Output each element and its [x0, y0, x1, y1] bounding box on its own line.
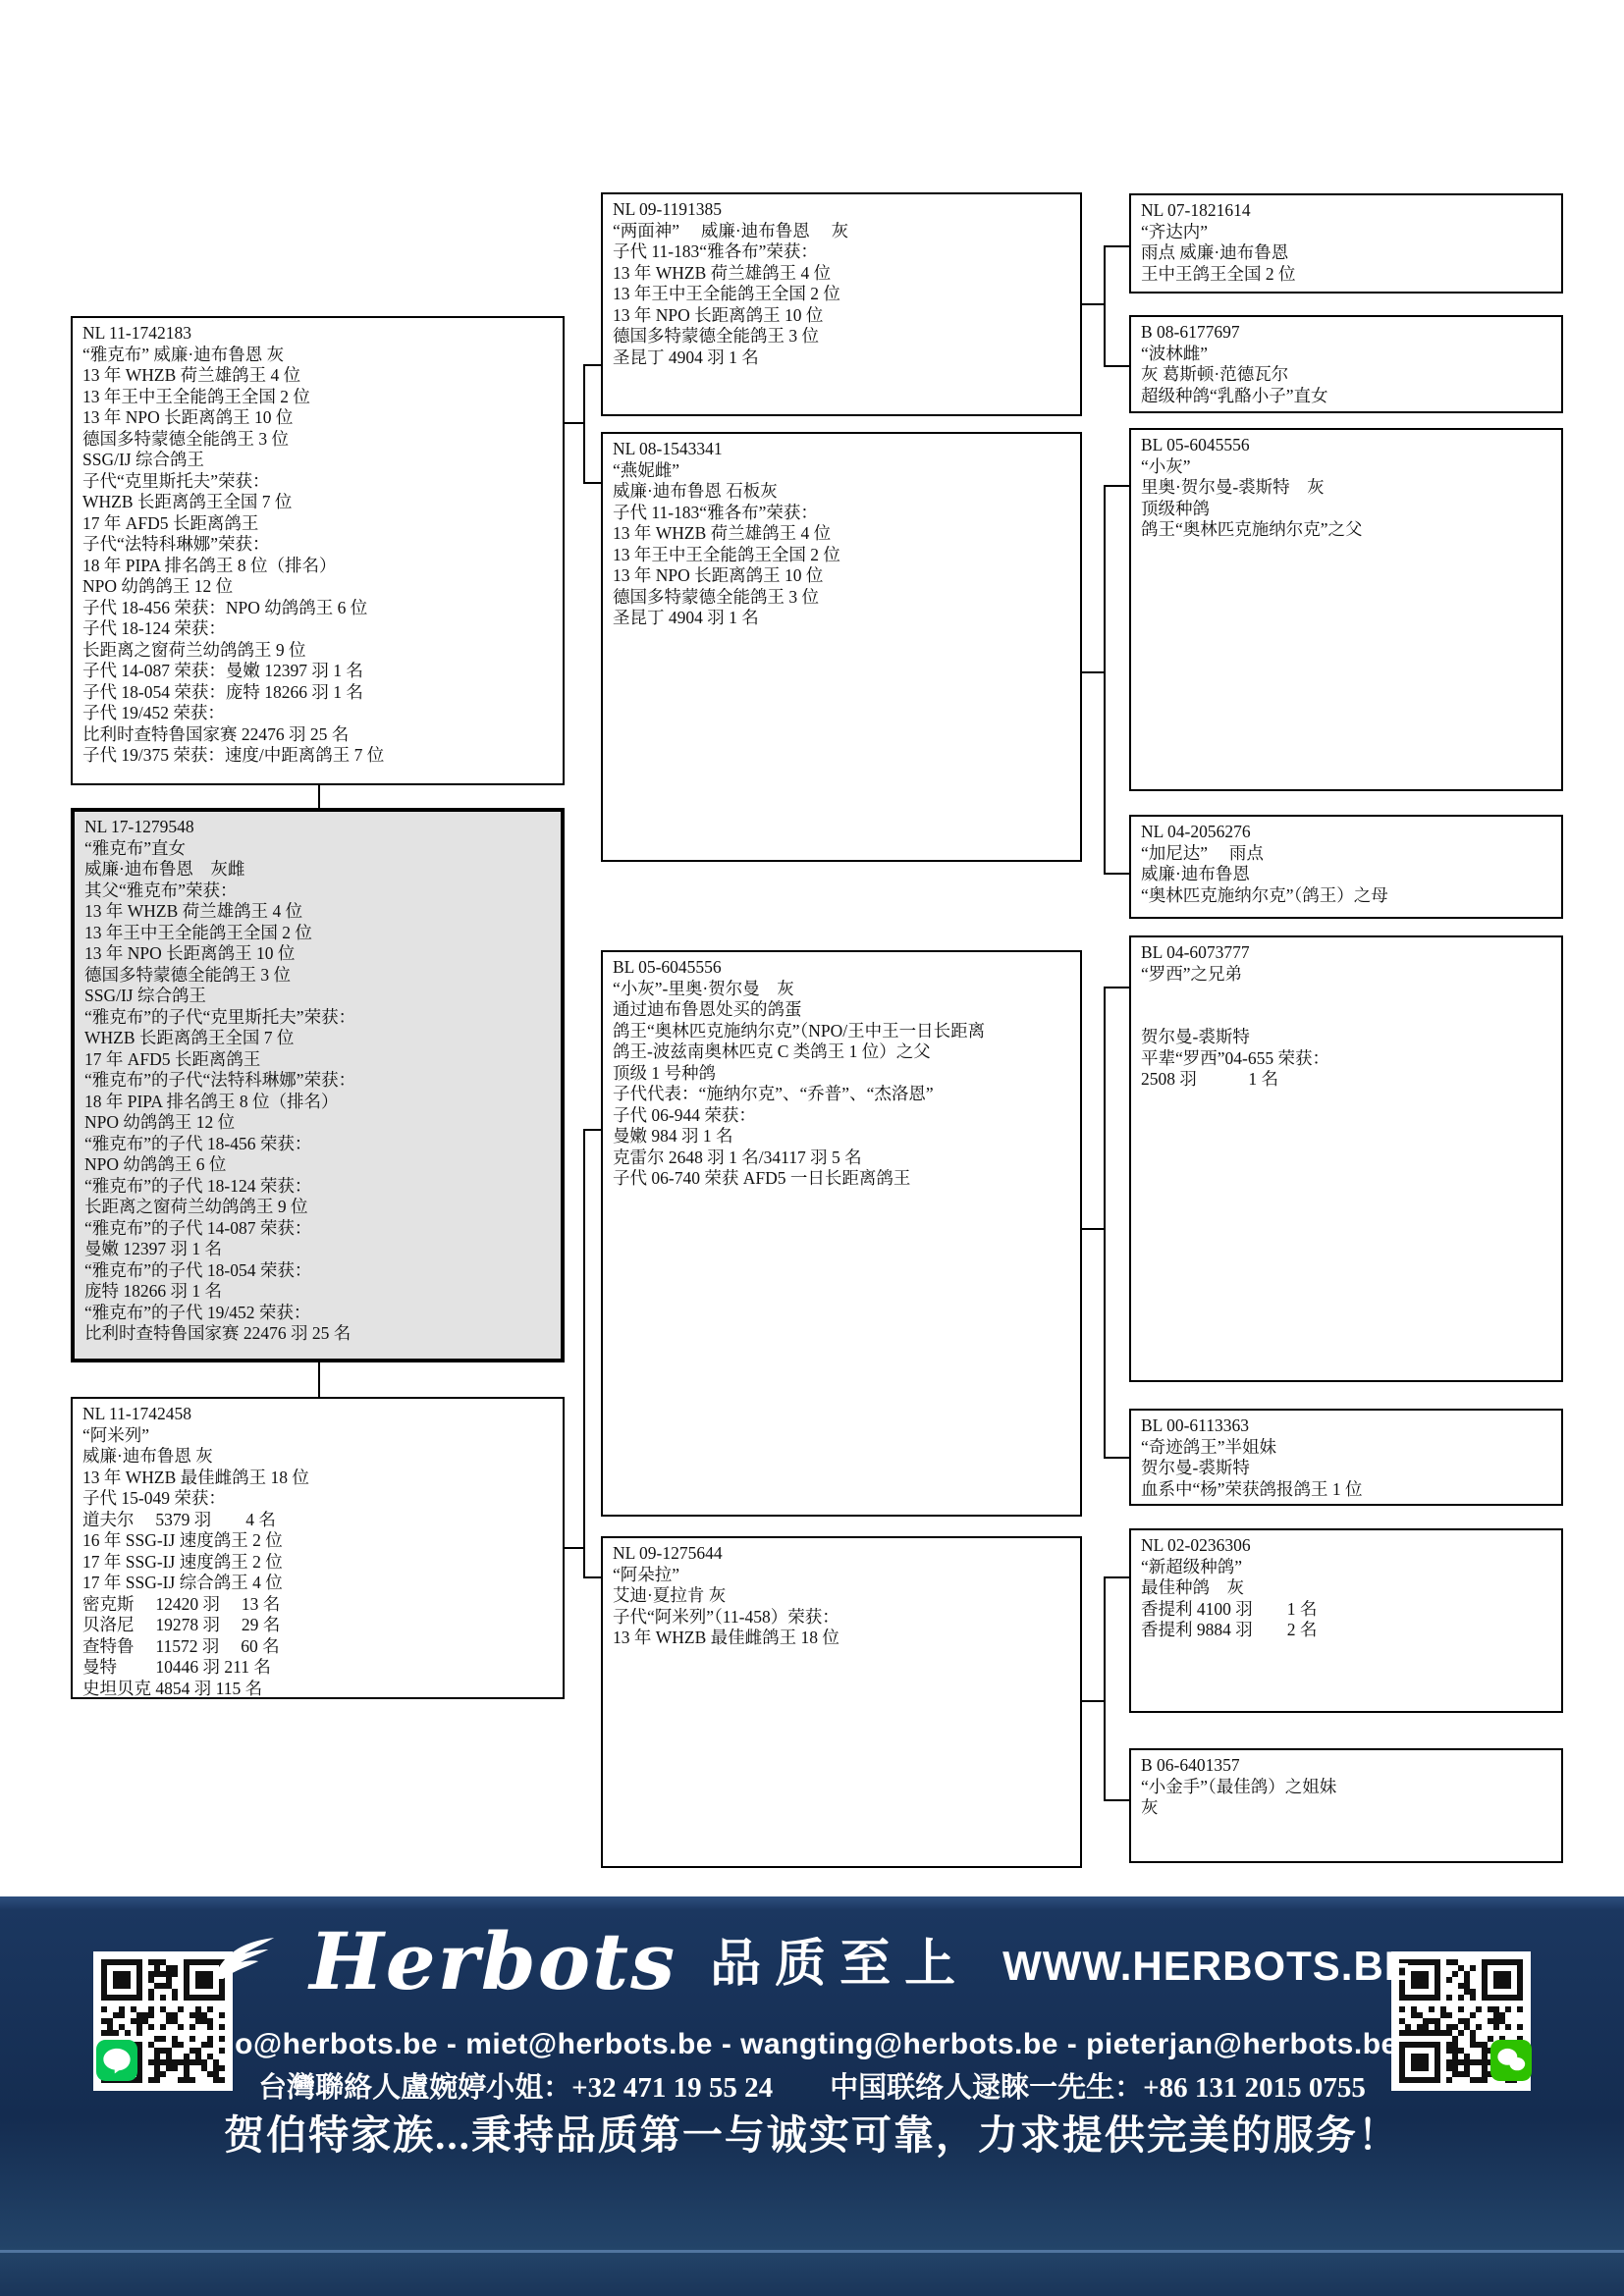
- pedigree-connector: [583, 364, 601, 366]
- pedigree-line: 密克斯 12420 羽 13 名: [82, 1594, 553, 1616]
- pedigree-line: 13 年 NPO 长距离鸽王 10 位: [613, 305, 1070, 327]
- pedigree-line: 子代 19/375 荣获：速度/中距离鸽王 7 位: [82, 745, 553, 767]
- pedigree-line: 克雷尔 2648 羽 1 名/34117 羽 5 名: [613, 1148, 1070, 1169]
- pedigree-line: BL 05-6045556: [613, 957, 1070, 979]
- brand-tagline: 品质至上: [710, 1933, 969, 1990]
- pedigree-box-dam-sire-dam: BL 00-6113363“奇迹鸽王”半姐妹贺尔曼-裘斯特血系中“杨”荣获鸽报鸽…: [1129, 1409, 1563, 1506]
- pedigree-line: 道夫尔 5379 羽 4 名: [82, 1510, 553, 1531]
- pedigree-line: “小灰”-里奥·贺尔曼 灰: [613, 979, 1070, 1000]
- pedigree-line: 子代 06-944 荣获：: [613, 1105, 1070, 1127]
- pedigree-connector: [318, 785, 320, 810]
- brand-row: Herbots 品质至上 WWW.HERBOTS.BE: [211, 1922, 1413, 2001]
- pedigree-line: 18 年 PIPA 排名鸽王 8 位（排名）: [82, 556, 553, 577]
- pedigree-line: 香提利 4100 羽 1 名: [1141, 1599, 1551, 1621]
- pedigree-connector: [1104, 987, 1106, 1459]
- pedigree-line: NPO 幼鸽鸽王 6 位: [84, 1154, 551, 1176]
- wing-icon: [211, 1934, 276, 1990]
- pedigree-line: 13 年 WHZB 荷兰雄鸽王 4 位: [613, 263, 1070, 285]
- pedigree-box-sire-dam-sire: BL 05-6045556“小灰”里奥·贺尔曼-裘斯特 灰顶级种鸽鸽王“奥林匹克…: [1129, 428, 1563, 791]
- pedigree-connector: [565, 1547, 585, 1549]
- pedigree-line: “小金手”（最佳鸽）之姐妹: [1141, 1777, 1551, 1798]
- pedigree-line: NL 08-1543341: [613, 439, 1070, 460]
- pedigree-line: 长距离之窗荷兰幼鸽鸽王 9 位: [84, 1197, 551, 1218]
- page: NL 11-1742183“雅克布” 威廉·迪布鲁恩 灰13 年 WHZB 荷兰…: [0, 0, 1624, 2296]
- pedigree-connector: [583, 1129, 585, 1578]
- pedigree-line: “雅克布” 威廉·迪布鲁恩 灰: [82, 345, 553, 366]
- pedigree-line: “罗西”之兄弟: [1141, 964, 1551, 986]
- pedigree-line: [1141, 985, 1551, 1006]
- pedigree-connector: [1104, 245, 1106, 367]
- pedigree-connector: [1082, 303, 1106, 305]
- pedigree-line: “两面神” 威廉·迪布鲁恩 灰: [613, 221, 1070, 242]
- pedigree-line: “雅克布”的子代“克里斯托夫”荣获：: [84, 1007, 551, 1029]
- pedigree-line: 灰: [1141, 1797, 1551, 1819]
- pedigree-line: “波林雌”: [1141, 344, 1551, 365]
- pedigree-line: 子代 15-049 荣获：: [82, 1488, 553, 1510]
- pedigree-connector: [1082, 671, 1106, 673]
- pedigree-line: “雅克布”的子代 14-087 荣获：: [84, 1218, 551, 1240]
- pedigree-line: 子代 14-087 荣获：曼嫩 12397 羽 1 名: [82, 661, 553, 682]
- pedigree-line: 17 年 AFD5 长距离鸽王: [82, 513, 553, 535]
- pedigree-line: 子代“克里斯托夫”荣获：: [82, 471, 553, 493]
- pedigree-box-sire-sire-sire: NL 07-1821614“齐达内”雨点 威廉·迪布鲁恩王中王鸽王全国 2 位: [1129, 193, 1563, 294]
- pedigree-line: 威廉·迪布鲁恩 石板灰: [613, 481, 1070, 503]
- pedigree-line: 子代 18-456 荣获：NPO 幼鸽鸽王 6 位: [82, 598, 553, 619]
- pedigree-line: NPO 幼鸽鸽王 12 位: [82, 576, 553, 598]
- pedigree-line: 艾迪·夏拉肯 灰: [613, 1585, 1070, 1607]
- pedigree-line: 德国多特蒙德全能鸽王 3 位: [82, 429, 553, 451]
- pedigree-line: 贺尔曼-裘斯特: [1141, 1027, 1551, 1048]
- pedigree-line: 13 年 WHZB 荷兰雄鸽王 4 位: [84, 901, 551, 923]
- pedigree-line: “阿朵拉”: [613, 1565, 1070, 1586]
- pedigree-line: 雨点 威廉·迪布鲁恩: [1141, 242, 1551, 264]
- pedigree-line: 威廉·迪布鲁恩 灰: [82, 1446, 553, 1468]
- pedigree-line: WHZB 长距离鸽王全国 7 位: [84, 1028, 551, 1049]
- pedigree-line: 13 年 NPO 长距离鸽王 10 位: [613, 565, 1070, 587]
- pedigree-line: 子代 18-124 荣获：: [82, 618, 553, 640]
- pedigree-box-dam-dam-sire: NL 02-0236306“新超级种鸽”最佳种鸽 灰香提利 4100 羽 1 名…: [1129, 1528, 1563, 1713]
- pedigree-connector: [1104, 873, 1129, 875]
- pedigree-box-sire-dam: NL 08-1543341“燕妮雌”威廉·迪布鲁恩 石板灰子代 11-183“雅…: [601, 432, 1082, 862]
- pedigree-line: 18 年 PIPA 排名鸽王 8 位（排名）: [84, 1092, 551, 1113]
- pedigree-line: 圣昆丁 4904 羽 1 名: [613, 608, 1070, 629]
- pedigree-line: 顶级 1 号种鸽: [613, 1063, 1070, 1085]
- pedigree-line: “齐达内”: [1141, 222, 1551, 243]
- pedigree-line: 最佳种鸽 灰: [1141, 1577, 1551, 1599]
- pedigree-box-sire-sire-dam: B 08-6177697“波林雌”灰 葛斯顿·范德瓦尔超级种鸽“乳酪小子”直女: [1129, 315, 1563, 413]
- pedigree-line: “小灰”: [1141, 456, 1551, 478]
- pedigree-line: 13 年 WHZB 荷兰雄鸽王 4 位: [613, 523, 1070, 545]
- pedigree-line: NL 02-0236306: [1141, 1535, 1551, 1557]
- pedigree-connector: [1082, 1700, 1106, 1702]
- pedigree-connector: [1104, 1576, 1129, 1578]
- pedigree-line: 里奥·贺尔曼-裘斯特 灰: [1141, 477, 1551, 499]
- pedigree-line: 2508 羽 1 名: [1141, 1069, 1551, 1091]
- pedigree-box-subject: NL 17-1279548“雅克布”直女威廉·迪布鲁恩 灰雌其父“雅克布”荣获：…: [71, 808, 565, 1362]
- pedigree-line: 贝洛尼 19278 羽 29 名: [82, 1615, 553, 1636]
- pedigree-line: “雅克布”直女: [84, 838, 551, 860]
- pedigree-line: “新超级种鸽”: [1141, 1557, 1551, 1578]
- pedigree-line: 查特鲁 11572 羽 60 名: [82, 1636, 553, 1658]
- pedigree-line: 13 年王中王全能鸽王全国 2 位: [613, 545, 1070, 566]
- pedigree-line: “奇迹鸽王”半姐妹: [1141, 1437, 1551, 1459]
- pedigree-line: “加尼达” 雨点: [1141, 843, 1551, 865]
- website-url: WWW.HERBOTS.BE: [1002, 1936, 1413, 1987]
- pedigree-line: 比利时查特鲁国家赛 22476 羽 25 名: [82, 724, 553, 746]
- pedigree-line: 威廉·迪布鲁恩: [1141, 864, 1551, 885]
- pedigree-line: “燕妮雌”: [613, 460, 1070, 482]
- pedigree-line: 庞特 18266 羽 1 名: [84, 1281, 551, 1303]
- pedigree-box-sire-sire: NL 09-1191385“两面神” 威廉·迪布鲁恩 灰子代 11-183“雅各…: [601, 192, 1082, 416]
- pedigree-line: 13 年 NPO 长距离鸽王 10 位: [82, 407, 553, 429]
- pedigree-line: 13 年王中王全能鸽王全国 2 位: [613, 284, 1070, 305]
- pedigree-connector: [583, 1129, 601, 1131]
- pedigree-line: BL 05-6045556: [1141, 435, 1551, 456]
- pedigree-line: SSG/IJ 综合鸽王: [84, 986, 551, 1007]
- pedigree-line: 通过迪布鲁恩处买的鸽蛋: [613, 999, 1070, 1021]
- pedigree-line: 曼嫩 984 羽 1 名: [613, 1126, 1070, 1148]
- footer: Herbots 品质至上 WWW.HERBOTS.BE jo@herbots.b…: [0, 1896, 1624, 2296]
- pedigree-line: 17 年 AFD5 长距离鸽王: [84, 1049, 551, 1071]
- pedigree-connector: [1104, 365, 1129, 367]
- pedigree-connector: [1104, 1576, 1106, 1801]
- pedigree-line: 子代 19/452 荣获：: [82, 703, 553, 724]
- pedigree-line: 顶级种鸽: [1141, 499, 1551, 520]
- pedigree-line: 灰 葛斯顿·范德瓦尔: [1141, 364, 1551, 386]
- slogan-line: 贺伯特家族...秉持品质第一与诚实可靠，力求提供完美的服务！: [224, 2103, 1400, 2161]
- pedigree-line: 子代 06-740 荣获 AFD5 一日长距离鸽王: [613, 1168, 1070, 1190]
- pedigree-box-sire: NL 11-1742183“雅克布” 威廉·迪布鲁恩 灰13 年 WHZB 荷兰…: [71, 316, 565, 785]
- pedigree-line: 德国多特蒙德全能鸽王 3 位: [613, 587, 1070, 609]
- pedigree-line: NL 07-1821614: [1141, 200, 1551, 222]
- pedigree-line: 子代“阿米列”（11-458）荣获：: [613, 1607, 1070, 1629]
- pedigree-line: 鸽王“奥林匹克施纳尔克”之父: [1141, 519, 1551, 541]
- pedigree-line: 13 年 NPO 长距离鸽王 10 位: [84, 943, 551, 965]
- pedigree-line: “阿米列”: [82, 1425, 553, 1447]
- pedigree-box-dam-dam-dam: B 06-6401357“小金手”（最佳鸽）之姐妹灰: [1129, 1748, 1563, 1863]
- pedigree-line: 超级种鸽“乳酪小子”直女: [1141, 386, 1551, 407]
- pedigree-line: BL 04-6073777: [1141, 942, 1551, 964]
- pedigree-line: 王中王鸽王全国 2 位: [1141, 264, 1551, 286]
- pedigree-line: 威廉·迪布鲁恩 灰雌: [84, 859, 551, 881]
- pedigree-line: 曼嫩 12397 羽 1 名: [84, 1239, 551, 1260]
- wechat-icon: [1490, 2040, 1532, 2081]
- pedigree-connector: [1104, 987, 1129, 988]
- pedigree-line: 子代 18-054 荣获：庞特 18266 羽 1 名: [82, 682, 553, 704]
- pedigree-connector: [1104, 1799, 1129, 1801]
- pedigree-line: 17 年 SSG-IJ 综合鸽王 4 位: [82, 1573, 553, 1594]
- pedigree-line: 13 年王中王全能鸽王全国 2 位: [84, 923, 551, 944]
- pedigree-line: 鸽王-波兹南奥林匹克 C 类鸽王 1 位）之父: [613, 1041, 1070, 1063]
- pedigree-line: 16 年 SSG-IJ 速度鸽王 2 位: [82, 1530, 553, 1552]
- pedigree-line: 平辈“罗西”04-655 荣获：: [1141, 1048, 1551, 1070]
- pedigree-line: NL 09-1275644: [613, 1543, 1070, 1565]
- pedigree-line: 德国多特蒙德全能鸽王 3 位: [84, 965, 551, 987]
- pedigree-line: 德国多特蒙德全能鸽王 3 位: [613, 326, 1070, 347]
- pedigree-line: 圣昆丁 4904 羽 1 名: [613, 347, 1070, 369]
- pedigree-line: 曼特 10446 羽 211 名: [82, 1657, 553, 1679]
- line-icon: [96, 2040, 137, 2081]
- pedigree-line: 鸽王“奥林匹克施纳尔克”（NPO/王中王一日长距离: [613, 1021, 1070, 1042]
- pedigree-line: “雅克布”的子代 18-456 荣获：: [84, 1134, 551, 1155]
- pedigree-line: NL 11-1742183: [82, 323, 553, 345]
- pedigree-line: NL 17-1279548: [84, 817, 551, 838]
- pedigree-box-dam: NL 11-1742458“阿米列”威廉·迪布鲁恩 灰13 年 WHZB 最佳雌…: [71, 1397, 565, 1699]
- pedigree-line: 子代“法特科琳娜”荣获：: [82, 534, 553, 556]
- pedigree-line: B 08-6177697: [1141, 322, 1551, 344]
- pedigree-connector: [583, 1576, 601, 1578]
- pedigree-line: 其父“雅克布”荣获：: [84, 881, 551, 902]
- pedigree-line: NL 09-1191385: [613, 199, 1070, 221]
- pedigree-line: “雅克布”的子代 19/452 荣获：: [84, 1303, 551, 1324]
- pedigree-connector: [583, 482, 601, 484]
- pedigree-line: [1141, 1006, 1551, 1028]
- pedigree-line: “奥林匹克施纳尔克”（鸽王）之母: [1141, 885, 1551, 907]
- contacts-line: 台灣聯絡人盧婉婷小姐：+32 471 19 55 24 中国联络人逯睞一先生：+…: [258, 2065, 1366, 2106]
- pedigree-box-dam-sire-sire: BL 04-6073777“罗西”之兄弟贺尔曼-裘斯特平辈“罗西”04-655 …: [1129, 935, 1563, 1382]
- pedigree-line: NPO 幼鸽鸽王 12 位: [84, 1112, 551, 1134]
- pedigree-line: B 06-6401357: [1141, 1755, 1551, 1777]
- pedigree-line: 13 年 WHZB 最佳雌鸽王 18 位: [613, 1628, 1070, 1649]
- pedigree-line: 香提利 9884 羽 2 名: [1141, 1620, 1551, 1641]
- pedigree-line: “雅克布”的子代 18-054 荣获：: [84, 1260, 551, 1282]
- pedigree-line: 子代 11-183“雅各布”荣获：: [613, 503, 1070, 524]
- pedigree-connector: [1104, 245, 1129, 247]
- emails-line: jo@herbots.be - miet@herbots.be - wangti…: [226, 2028, 1397, 2061]
- pedigree-line: “雅克布”的子代“法特科琳娜”荣获：: [84, 1070, 551, 1092]
- pedigree-line: NL 04-2056276: [1141, 822, 1551, 843]
- pedigree-line: 子代 11-183“雅各布”荣获：: [613, 241, 1070, 263]
- footer-divider: [0, 2250, 1624, 2253]
- pedigree-line: SSG/IJ 综合鸽王: [82, 450, 553, 471]
- pedigree-line: 13 年 WHZB 最佳雌鸽王 18 位: [82, 1468, 553, 1489]
- pedigree-line: BL 00-6113363: [1141, 1415, 1551, 1437]
- pedigree-line: 长距离之窗荷兰幼鸽鸽王 9 位: [82, 640, 553, 662]
- pedigree-connector: [318, 1362, 320, 1399]
- pedigree-box-sire-dam-dam: NL 04-2056276“加尼达” 雨点威廉·迪布鲁恩“奥林匹克施纳尔克”（鸽…: [1129, 815, 1563, 919]
- pedigree-connector: [565, 422, 585, 424]
- pedigree-line: NL 11-1742458: [82, 1404, 553, 1425]
- pedigree-connector: [583, 364, 585, 484]
- pedigree-connector: [1104, 485, 1129, 487]
- pedigree-line: 17 年 SSG-IJ 速度鸽王 2 位: [82, 1552, 553, 1574]
- pedigree-line: 血系中“杨”荣获鸽报鸽王 1 位: [1141, 1479, 1551, 1501]
- brand-wordmark: Herbots: [309, 1922, 677, 2001]
- pedigree-line: 子代代表：“施纳尔克”、“乔普”、“杰洛恩”: [613, 1084, 1070, 1105]
- pedigree-line: 贺尔曼-裘斯特: [1141, 1458, 1551, 1479]
- pedigree-connector: [1104, 1457, 1129, 1459]
- pedigree-line: “雅克布”的子代 18-124 荣获：: [84, 1176, 551, 1198]
- pedigree-connector: [1082, 1228, 1106, 1230]
- pedigree-line: 史坦贝克 4854 羽 115 名: [82, 1679, 553, 1700]
- pedigree-line: 13 年 WHZB 荷兰雄鸽王 4 位: [82, 365, 553, 387]
- pedigree-box-dam-sire: BL 05-6045556“小灰”-里奥·贺尔曼 灰通过迪布鲁恩处买的鸽蛋鸽王“…: [601, 950, 1082, 1517]
- pedigree-line: 13 年王中王全能鸽王全国 2 位: [82, 387, 553, 408]
- pedigree-box-dam-dam: NL 09-1275644“阿朵拉”艾迪·夏拉肯 灰子代“阿米列”（11-458…: [601, 1536, 1082, 1868]
- pedigree-connector: [1104, 485, 1106, 875]
- pedigree-line: 比利时查特鲁国家赛 22476 羽 25 名: [84, 1323, 551, 1345]
- pedigree-line: WHZB 长距离鸽王全国 7 位: [82, 492, 553, 513]
